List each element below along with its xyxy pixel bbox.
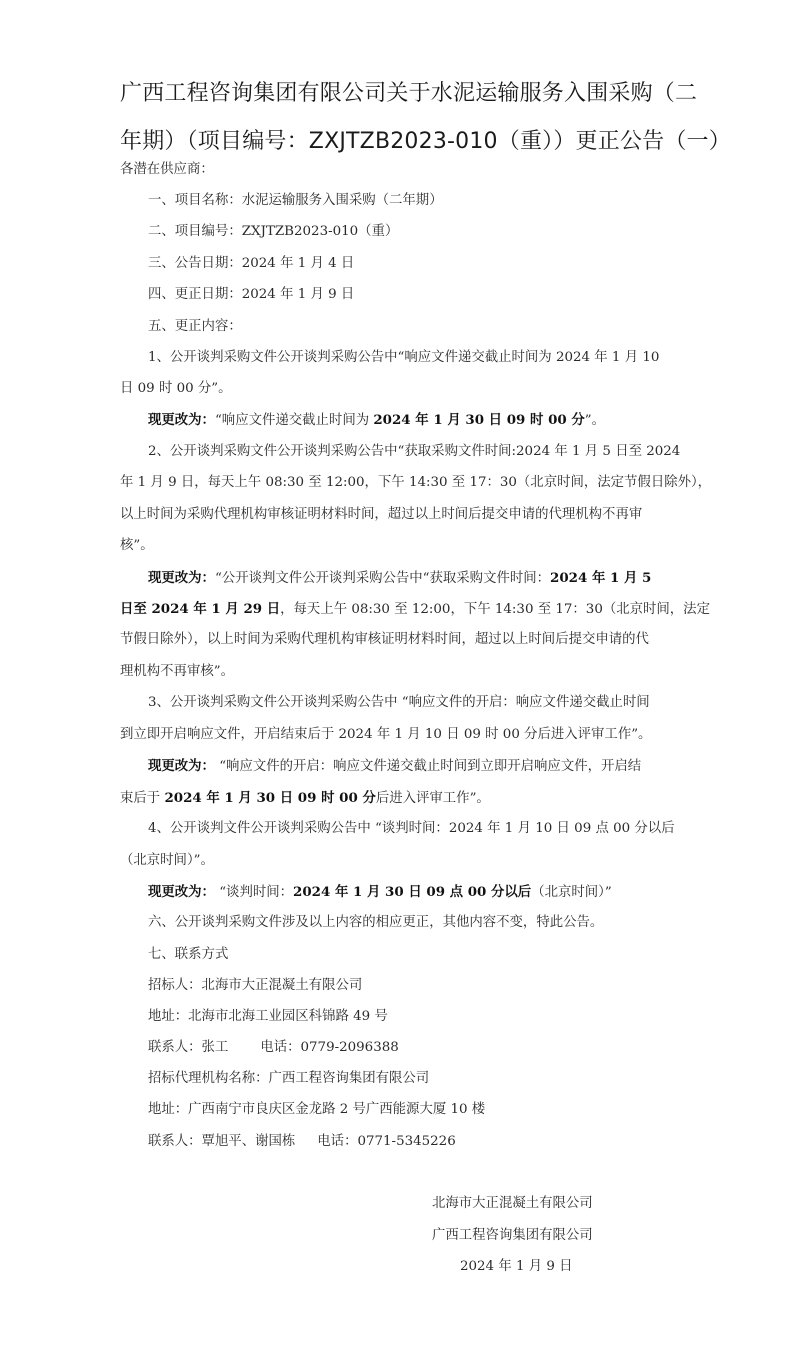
correction-2-original-line-1: 2、公开谈判采购文件公开谈判采购公告中“获取采购文件时间:2024 年 1 月 …	[148, 442, 680, 462]
correction-3-new-line-1: 现更改为： “响应文件的开启：响应文件递交截止时间到立即开启响应文件，开启结	[148, 756, 641, 777]
salutation: 各潜在供应商：	[120, 160, 214, 180]
agency-contact: 联系人：覃旭平、谢国栋	[148, 1134, 295, 1149]
signature-org-2: 广西工程咨询集团有限公司	[432, 1226, 593, 1246]
agency: 招标代理机构名称：广西工程咨询集团有限公司	[148, 1069, 429, 1089]
tenderer: 招标人：北海市大正混凝土有限公司	[148, 976, 362, 996]
correction-3-original-line-1: 3、公开谈判采购文件公开谈判采购公告中 “响应文件的开启：响应文件递交截止时间	[148, 693, 650, 713]
section-7-heading: 七、联系方式	[148, 945, 228, 965]
correction-4-original-line-2: （北京时间）”。	[120, 851, 214, 871]
correction-2-original-line-4: 核”。	[120, 536, 154, 556]
change-label: 现更改为：	[148, 884, 215, 900]
correction-1-original-line-1: 1、公开谈判采购文件公开谈判采购公告中“响应文件递交截止时间为 2024 年 1…	[148, 348, 659, 368]
correction-2-new-line-2: 日至 2024 年 1 月 29 日，每天上午 08:30 至 12:00，下午…	[120, 599, 710, 620]
correction-1-new: 现更改为：“响应文件递交截止时间为 2024 年 1 月 30 日 09 时 0…	[148, 410, 605, 431]
item-notice-date: 三、公告日期：2024 年 1 月 4 日	[148, 254, 354, 274]
tenderer-address: 地址：北海市北海工业园区科锦路 49 号	[148, 1007, 388, 1027]
correction-3-new-line-2: 束后于 2024 年 1 月 30 日 09 时 00 分后进入评审工作”。	[120, 788, 490, 809]
agency-phone: 电话：0771-5345226	[317, 1134, 455, 1149]
section-6: 六、公开谈判采购文件涉及以上内容的相应更正，其他内容不变，特此公告。	[148, 913, 603, 933]
change-label: 现更改为：	[148, 570, 215, 586]
correction-2-new-line-1: 现更改为：“公开谈判文件公开谈判采购公告中“获取采购文件时间：2024 年 1 …	[148, 568, 651, 589]
correction-2-original-line-2: 年 1 月 9 日，每天上午 08:30 至 12:00，下午 14:30 至 …	[120, 473, 711, 493]
signature-org-1: 北海市大正混凝土有限公司	[432, 1194, 593, 1214]
correction-1-original-line-2: 日 09 时 00 分”。	[120, 379, 232, 399]
item-correction-content: 五、更正内容：	[148, 317, 242, 337]
correction-4-new: 现更改为： “谈判时间：2024 年 1 月 30 日 09 点 00 分以后（…	[148, 882, 612, 903]
change-label: 现更改为：	[148, 758, 215, 774]
agency-address: 地址：广西南宁市良庆区金龙路 2 号广西能源大厦 10 楼	[148, 1100, 485, 1120]
item-project-name: 一、项目名称：水泥运输服务入围采购（二年期）	[148, 191, 443, 211]
tenderer-contact: 联系人：张工	[148, 1040, 228, 1055]
item-project-no: 二、项目编号：ZXJTZB2023-010（重）	[148, 222, 398, 242]
tenderer-phone: 电话：0779-2096388	[260, 1040, 398, 1055]
correction-4-original-line-1: 4、公开谈判文件公开谈判采购公告中 “谈判时间：2024 年 1 月 10 日 …	[148, 819, 675, 839]
new-deadline: 2024 年 1 月 30 日 09 时 00 分	[373, 412, 584, 428]
title-line-1: 广西工程咨询集团有限公司关于水泥运输服务入围采购（二	[120, 70, 690, 118]
tenderer-contact-row: 联系人：张工电话：0779-2096388	[148, 1038, 399, 1058]
item-correction-date: 四、更正日期：2024 年 1 月 9 日	[148, 285, 354, 305]
title-line-2: 年期）（项目编号：ZXJTZB2023-010（重））更正公告（一）	[120, 118, 690, 166]
correction-3-original-line-2: 到立即开启响应文件，开启结束后于 2024 年 1 月 10 日 09 时 00…	[120, 725, 651, 745]
correction-2-new-line-3: 节假日除外），以上时间为采购代理机构审核证明材料时间，超过以上时间后提交申请的代	[120, 630, 649, 650]
correction-2-new-line-4: 理机构不再审核”。	[120, 662, 234, 682]
agency-contact-row: 联系人：覃旭平、谢国栋电话：0771-5345226	[148, 1132, 456, 1152]
change-label: 现更改为：	[148, 412, 215, 428]
signature-date: 2024 年 1 月 9 日	[460, 1257, 573, 1277]
notice-title: 广西工程咨询集团有限公司关于水泥运输服务入围采购（二 年期）（项目编号：ZXJT…	[120, 70, 690, 166]
correction-2-original-line-3: 以上时间为采购代理机构审核证明材料时间，超过以上时间后提交申请的代理机构不再审	[120, 505, 642, 525]
